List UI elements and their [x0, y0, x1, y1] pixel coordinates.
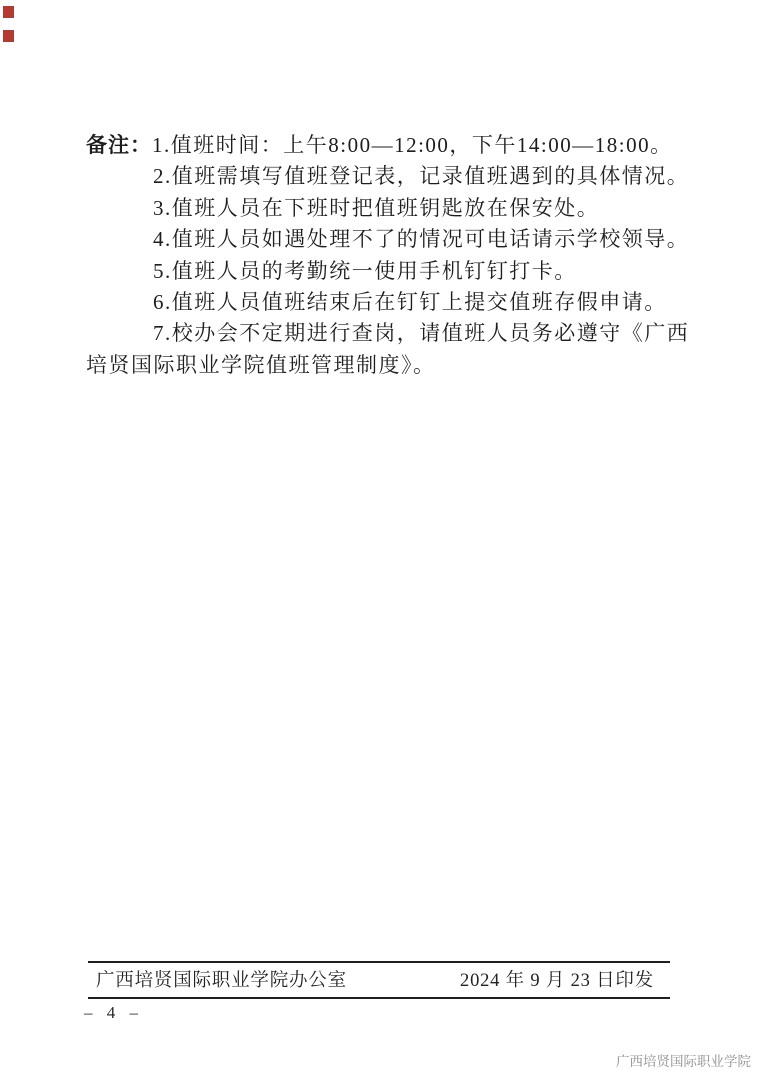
notes-block: 备注：1.值班时间：上午8:00—12:00，下午14:00—18:00。 2.…	[86, 130, 706, 381]
red-scan-mark	[3, 30, 14, 42]
note-line-1: 备注：1.值班时间：上午8:00—12:00，下午14:00—18:00。	[86, 130, 706, 161]
footer-print-date: 2024 年 9 月 23 日印发	[460, 970, 654, 992]
page-number: – 4 –	[84, 1003, 143, 1023]
footer-office-name: 广西培贤国际职业学院办公室	[96, 970, 347, 992]
note-line-2: 2.值班需填写值班登记表，记录值班遇到的具体情况。	[86, 161, 706, 192]
note-line-3: 3.值班人员在下班时把值班钥匙放在保安处。	[86, 193, 706, 224]
note-line-7: 7.校办会不定期进行查岗，请值班人员务必遵守《广西	[86, 318, 706, 349]
note-line-7-continuation: 培贤国际职业学院值班管理制度》。	[86, 350, 706, 381]
footer-rule-top	[88, 961, 670, 963]
footer-rule-bottom	[88, 997, 670, 999]
watermark-text: 广西培贤国际职业学院	[616, 1050, 751, 1070]
note-line-5: 5.值班人员的考勤统一使用手机钉钉打卡。	[86, 256, 706, 287]
notes-label: 备注：	[86, 134, 152, 157]
note-line-6: 6.值班人员值班结束后在钉钉上提交值班存假申请。	[86, 287, 706, 318]
note-line-4: 4.值班人员如遇处理不了的情况可电话请示学校领导。	[86, 224, 706, 255]
red-scan-mark	[3, 6, 14, 18]
footer-row: 广西培贤国际职业学院办公室 2024 年 9 月 23 日印发	[96, 970, 654, 992]
document-page: 备注：1.值班时间：上午8:00—12:00，下午14:00—18:00。 2.…	[0, 0, 764, 1080]
note-item-1: 1.值班时间：上午8:00—12:00，下午14:00—18:00。	[152, 133, 673, 157]
